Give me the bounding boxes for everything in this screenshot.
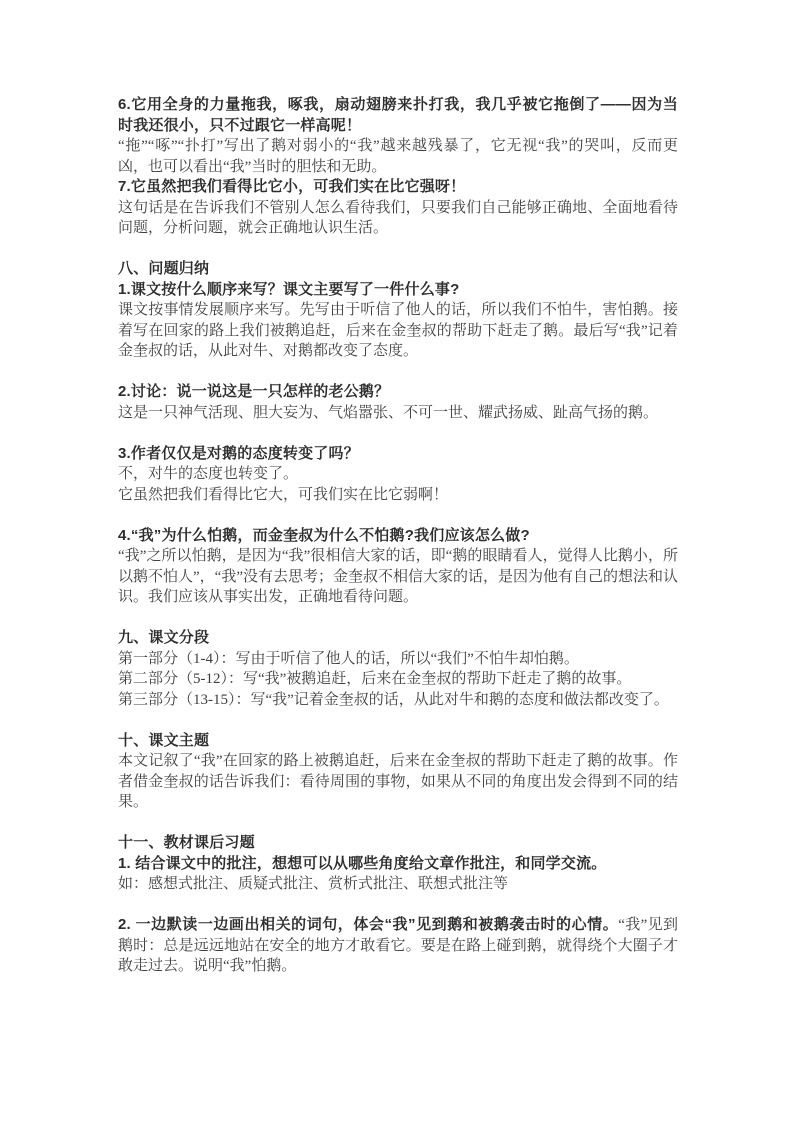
answer-paragraph: 第一部分（1-4）：写由于听信了他人的话，所以“我们”不怕牛却怕鹅。 xyxy=(118,649,678,670)
answer-paragraph: 不，对牛的态度也转变了。 xyxy=(118,464,678,485)
answer-paragraph: 这句话是在告诉我们不管别人怎么看待我们，只要我们自己能够正确地、全面地看待问题，… xyxy=(118,198,678,239)
question-paragraph: 3.作者仅仅是对鹅的态度转变了吗？ xyxy=(118,444,678,465)
section-heading: 八、问题归纳 xyxy=(118,259,678,280)
question-paragraph: 7.它虽然把我们看得比它小，可我们实在比它强呀！ xyxy=(118,177,678,198)
section-heading: 九、课文分段 xyxy=(118,628,678,649)
paragraph-spacer xyxy=(118,813,678,834)
question-paragraph: 1.课文按什么顺序来写？课文主要写了一件什么事? xyxy=(118,280,678,301)
section-heading: 十一、教材课后习题 xyxy=(118,833,678,854)
document-page: 6.它用全身的力量拖我，啄我，扇动翅膀来扑打我，我几乎被它拖倒了——因为当时我还… xyxy=(0,0,793,1122)
paragraph-spacer xyxy=(118,505,678,526)
question-paragraph: 4.“我”为什么怕鹅，而金奎叔为什么不怕鹅?我们应该怎么做? xyxy=(118,526,678,547)
paragraph-spacer xyxy=(118,710,678,731)
paragraph-spacer xyxy=(118,239,678,260)
paragraph-spacer xyxy=(118,895,678,916)
question-paragraph: 1. 结合课文中的批注，想想可以从哪些角度给文章作批注，和同学交流。 xyxy=(118,854,678,875)
answer-paragraph: 它虽然把我们看得比它大，可我们实在比它弱啊！ xyxy=(118,485,678,506)
question-text: 2. 一边默读一边画出相关的词句，体会“我”见到鹅和被鹅袭击时的心情。 xyxy=(118,916,618,933)
answer-paragraph: 课文按事情发展顺序来写。先写由于听信了他人的话，所以我们不怕牛，害怕鹅。接着写在… xyxy=(118,300,678,362)
answer-paragraph: 这是一只神气活现、胆大妄为、气焰嚣张、不可一世、耀武扬威、趾高气扬的鹅。 xyxy=(118,403,678,424)
answer-paragraph: “拖”“啄”“扑打”写出了鹅对弱小的“我”越来越残暴了，它无视“我”的哭叫，反而… xyxy=(118,136,678,177)
document-content: 6.它用全身的力量拖我，啄我，扇动翅膀来扑打我，我几乎被它拖倒了——因为当时我还… xyxy=(118,95,678,977)
paragraph-spacer xyxy=(118,608,678,629)
mixed-paragraph: 2. 一边默读一边画出相关的词句，体会“我”见到鹅和被鹅袭击时的心情。“我”见到… xyxy=(118,915,678,977)
answer-paragraph: “我”之所以怕鹅，是因为“我”很相信大家的话，即“鹅的眼睛看人，觉得人比鹅小，所… xyxy=(118,546,678,608)
paragraph-spacer xyxy=(118,423,678,444)
answer-paragraph: 本文记叙了“我”在回家的路上被鹅追赶，后来在金奎叔的帮助下赶走了鹅的故事。作者借… xyxy=(118,751,678,813)
answer-paragraph: 第三部分（13-15）：写“我”记着金奎叔的话，从此对牛和鹅的态度和做法都改变了… xyxy=(118,690,678,711)
question-paragraph: 6.它用全身的力量拖我，啄我，扇动翅膀来扑打我，我几乎被它拖倒了——因为当时我还… xyxy=(118,95,678,136)
question-paragraph: 2.讨论：说一说这是一只怎样的老公鹅？ xyxy=(118,382,678,403)
answer-paragraph: 如：感想式批注、质疑式批注、赏析式批注、联想式批注等 xyxy=(118,874,678,895)
answer-paragraph: 第二部分（5-12）：写“我”被鹅追赶，后来在金奎叔的帮助下赶走了鹅的故事。 xyxy=(118,669,678,690)
paragraph-spacer xyxy=(118,362,678,383)
section-heading: 十、课文主题 xyxy=(118,731,678,752)
